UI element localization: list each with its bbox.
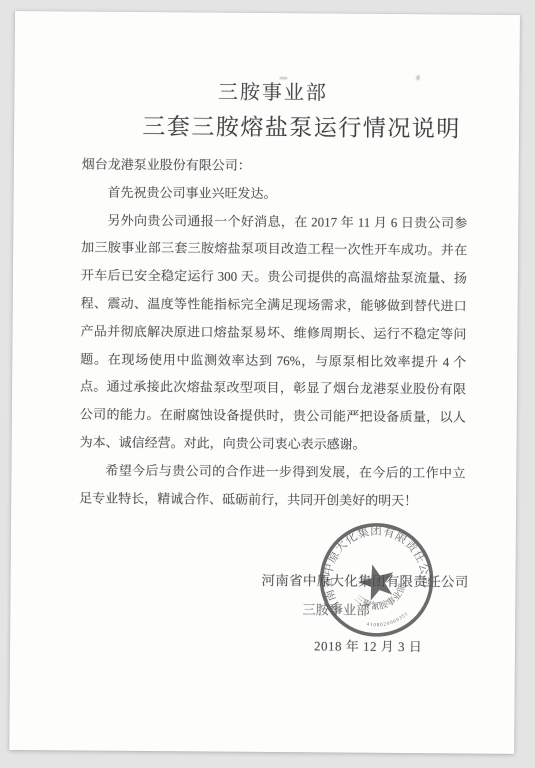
document-title: 三套三胺熔盐泵运行情况说明	[49, 107, 535, 144]
stamp-serial-number: 4108020060351	[365, 611, 412, 633]
svg-text:4108020060351: 4108020060351	[365, 611, 412, 633]
document-page: 三胺事业部 三套三胺熔盐泵运行情况说明 烟台龙港泵业股份有限公司： 首先祝贵公司…	[9, 11, 520, 754]
scan-background: 三胺事业部 三套三胺熔盐泵运行情况说明 烟台龙港泵业股份有限公司： 首先祝贵公司…	[0, 0, 535, 768]
paragraph-greeting: 首先祝贵公司事业兴旺发达。	[81, 178, 467, 209]
official-seal-stamp: 河南省中原大化集团有限责任公司 三聚氰胺事业部 4108020060351	[304, 507, 449, 652]
paragraph-closing: 希望今后与贵公司的合作进一步得到发展，在今后的工作中立足专业特长，精诚合作、砥砺…	[79, 456, 465, 515]
recipient-salutation: 烟台龙港泵业股份有限公司：	[82, 151, 468, 182]
department-title: 三胺事业部	[20, 74, 525, 107]
letter-body: 烟台龙港泵业股份有限公司： 首先祝贵公司事业兴旺发达。 另外向贵公司通报一个好消…	[79, 151, 468, 515]
paragraph-main: 另外向贵公司通报一个好消息，在 2017 年 11 月 6 日贵公司参加三胺事业…	[80, 206, 468, 459]
